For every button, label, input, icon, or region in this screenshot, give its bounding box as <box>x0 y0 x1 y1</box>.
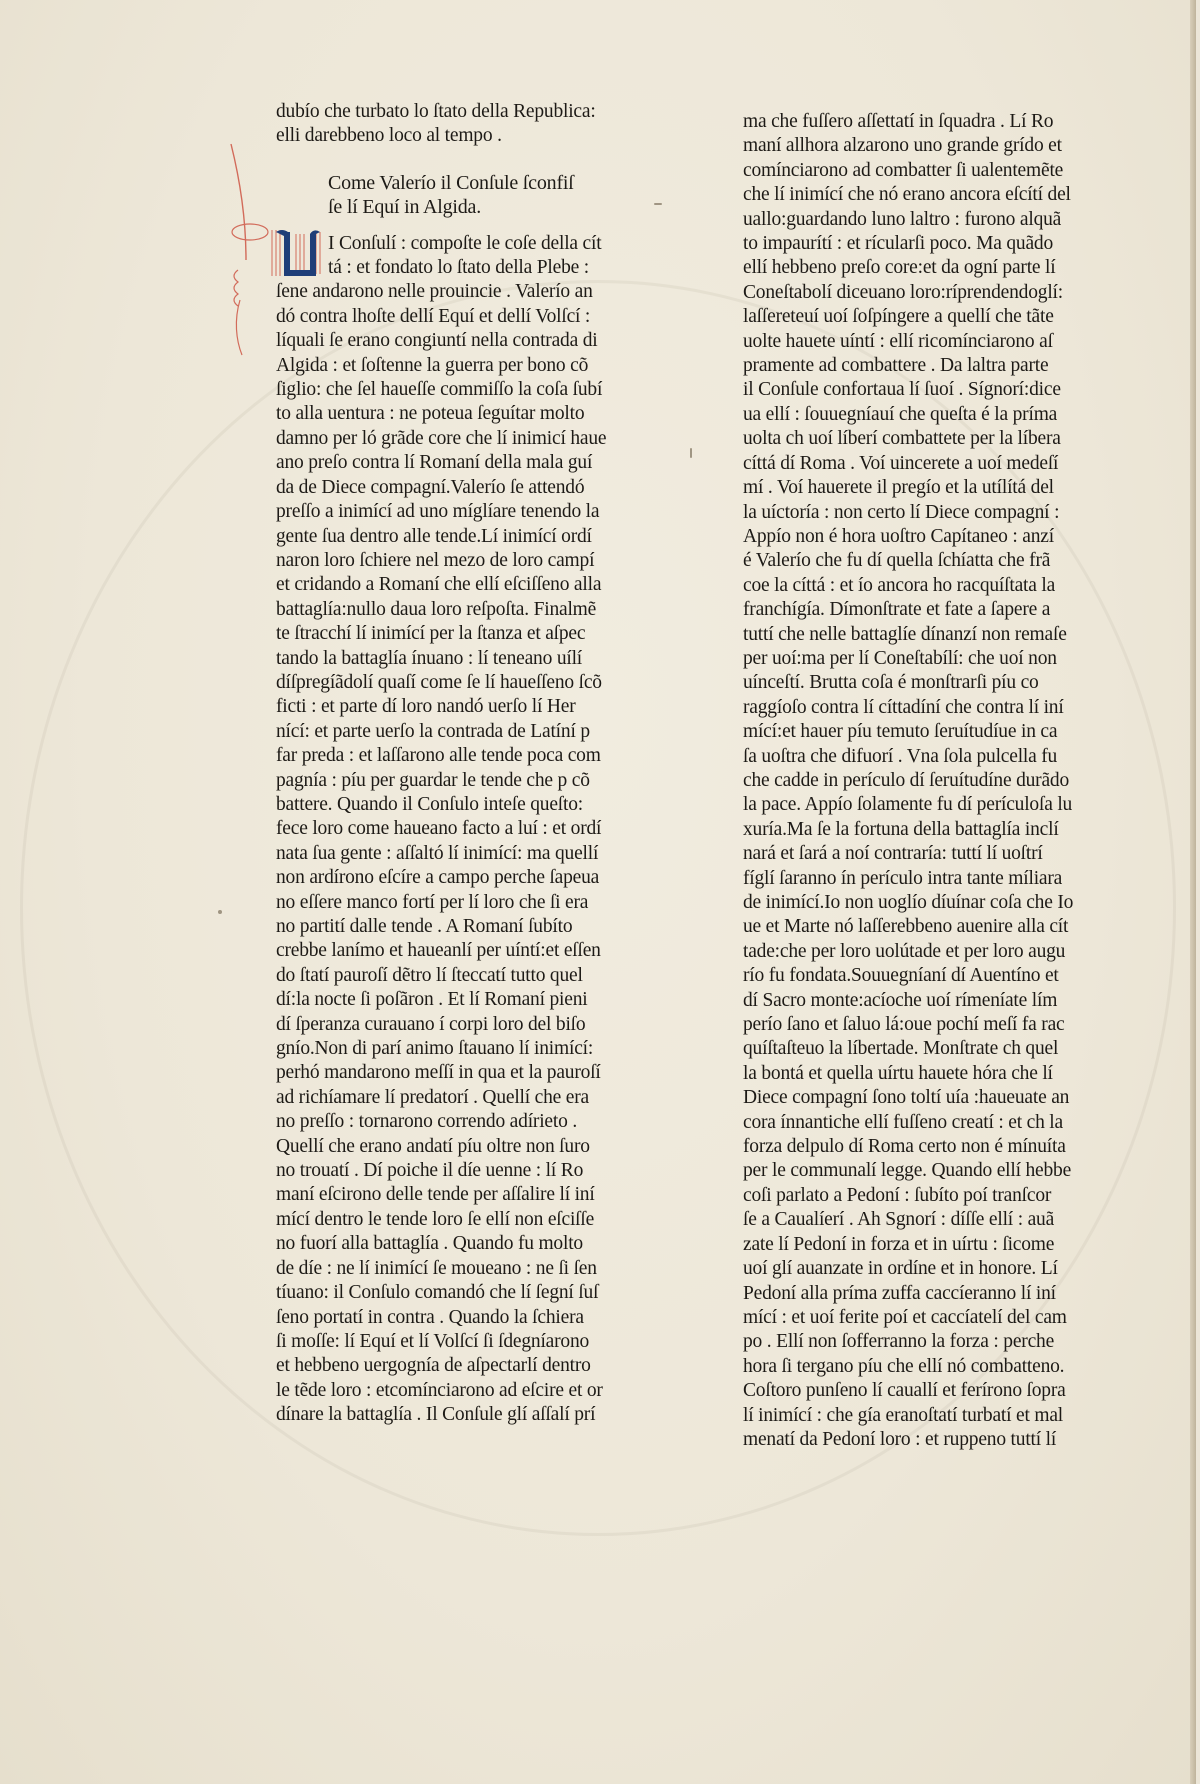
text-line: ſeno portatí in contra . Quando la ſchie… <box>276 1306 636 1330</box>
text-line: uolte hauete uíntí : ellí ricomínciarono… <box>743 330 1103 354</box>
text-line: naron loro ſchiere nel mezo de loro camp… <box>276 549 636 573</box>
text-line: uoí glí auanzate in ordíne et in honore.… <box>743 1257 1103 1281</box>
text-line: la uíctoría : non certo lí Diece compagn… <box>743 501 1103 525</box>
text-line: ſe a Caualíerí . Ah Sgnorí : díſſe ellí … <box>743 1208 1103 1232</box>
text-line: nata ſua gente : aſſaltó lí inimící: ma … <box>276 842 636 866</box>
text-line: río fu fondata.Souuegníaní dí Auentíno e… <box>743 964 1103 988</box>
ink-speck <box>654 203 662 205</box>
text-line: che lí inimící che nó erano ancora eſcít… <box>743 183 1103 207</box>
text-line: uallo:guardando luno laltro : furono alq… <box>743 208 1103 232</box>
text-line: no partití dalle tende . A Romaní ſubíto <box>276 915 636 939</box>
text-line: da de Diece compagní.Valerío ſe attendó <box>276 476 636 500</box>
text-line: ad richíamare lí predatorí . Quellí che … <box>276 1086 636 1110</box>
text-line: fíglí ſaranno ín perículo intra tante mí… <box>743 867 1103 891</box>
text-line: líquali ſe erano congiuntí nella contrad… <box>276 329 636 353</box>
text-line: mící dentro le tende loro ſe ellí non eſ… <box>276 1208 636 1232</box>
left-column: dubío che turbato lo ſtato della Republi… <box>276 100 636 1428</box>
text-line: é Valerío che fu dí quella ſchíatta che … <box>743 549 1103 573</box>
text-line: preſſo a inimící ad uno míglíare tenendo… <box>276 500 636 524</box>
text-line: pramente ad combattere . Da laltra parte <box>743 354 1103 378</box>
text-line: ellí hebbeno preſo core:et da ogní parte… <box>743 256 1103 280</box>
right-column-body: ma che fuſſero aſſettatí in ſquadra . Lí… <box>743 110 1103 1452</box>
text-line: dí Sacro monte:acíoche uoí rímeníate lím <box>743 989 1103 1013</box>
text-line: ſiglio: che ſel haueſſe commiſſo la coſa… <box>276 378 636 402</box>
text-line: per le communalí legge. Quando ellí hebb… <box>743 1159 1103 1183</box>
text-line: mí . Voí hauerete il pregío et la utílít… <box>743 476 1103 500</box>
text-line: maní eſcirono delle tende per aſſalire l… <box>276 1183 636 1207</box>
text-line: po . Ellí non ſofferranno la forza : per… <box>743 1330 1103 1354</box>
text-line: ſa uoſtra che difuorí . Vna ſola pulcell… <box>743 745 1103 769</box>
text-line: Appío non é hora uoſtro Capítaneo : anzí <box>743 525 1103 549</box>
text-line: battere. Quando il Conſulo inteſe queſto… <box>276 793 636 817</box>
text-line: de inimící.Io non uoglío díuínar coſa ch… <box>743 891 1103 915</box>
illuminated-initial-icon <box>266 226 324 280</box>
text-line: menatí da Pedoní loro : et ruppeno tuttí… <box>743 1428 1103 1452</box>
manuscript-page: dubío che turbato lo ſtato della Republi… <box>0 0 1196 1784</box>
text-line: pagnía : píu per guardar le tende che p … <box>276 769 636 793</box>
text-line: xuría.Ma ſe la fortuna della battaglía i… <box>743 818 1103 842</box>
text-line: ano preſo contra lí Romaní della mala gu… <box>276 451 636 475</box>
text-line: ſi moſſe: lí Equí et lí Volſcí ſi ſdegní… <box>276 1330 636 1354</box>
text-line: mící:et hauer píu temuto ſeruítudíue in … <box>743 720 1103 744</box>
text-line: Algida : et ſoſtenne la guerra per bono … <box>276 354 636 378</box>
text-line: elli darebbeno loco al tempo . <box>276 124 636 148</box>
text-line: et cridando a Romaní che ellí eſciſſeno … <box>276 573 636 597</box>
left-column-body: ſene andarono nelle prouincie . Valerío … <box>276 280 636 1427</box>
text-line: la bontá et quella uírtu hauete hóra che… <box>743 1062 1103 1086</box>
text-line: no fuorí alla battaglía . Quando fu molt… <box>276 1232 636 1256</box>
text-line: uolta ch uoí líberí combattete per la lí… <box>743 427 1103 451</box>
text-line: no preſſo : tornarono correndo adírieto … <box>276 1110 636 1134</box>
text-line: dubío che turbato lo ſtato della Republi… <box>276 100 636 124</box>
text-line: il Conſule confortaua lí ſuoí . Sígnorí:… <box>743 378 1103 402</box>
text-line: no eſſere manco fortí per lí loro che ſi… <box>276 891 636 915</box>
text-line: ua ellí : ſouuegníauí che queſta é la pr… <box>743 403 1103 427</box>
text-line: ue et Marte nó laſſerebbeno auenire alla… <box>743 915 1103 939</box>
text-line: battaglía:nullo daua loro reſpoſta. Fina… <box>276 598 636 622</box>
right-column: ma che fuſſero aſſettatí in ſquadra . Lí… <box>743 110 1103 1452</box>
text-line: crebbe lanímo et haueanlí per uíntí:et e… <box>276 939 636 963</box>
text-line: to alla uentura : ne poteua ſeguítar mol… <box>276 402 636 426</box>
text-line: zate lí Pedoní in forza et in uírtu : ſi… <box>743 1233 1103 1257</box>
text-line: de díe : ne lí inimící ſe moueano : ne ſ… <box>276 1257 636 1281</box>
text-line: et hebbeno uergognía de aſpectarlí dentr… <box>276 1354 636 1378</box>
text-line: Quellí che erano andatí píu oltre non ſu… <box>276 1135 636 1159</box>
text-line: raggíoſo contra lí cíttadíní che contra … <box>743 696 1103 720</box>
text-line: gnío.Non di parí animo ſtauano lí inimíc… <box>276 1037 636 1061</box>
text-line: te ſtracchí lí inimící per la ſtanza et … <box>276 622 636 646</box>
text-line: che cadde in perículo dí ſeruítudíne dur… <box>743 769 1103 793</box>
text-line: franchígía. Dímonſtrate et fate a ſapere… <box>743 598 1103 622</box>
text-line: ficti : et parte dí loro nandó uerſo lí … <box>276 695 636 719</box>
text-line: tade:che per loro uolútade et per loro a… <box>743 940 1103 964</box>
chapter-heading: ſe lí Equí in Algida. <box>328 195 636 219</box>
text-line: perhó mandarono meſſí in qua et la pauro… <box>276 1061 636 1085</box>
text-line: cíttá dí Roma . Voí uincerete a uoí mede… <box>743 452 1103 476</box>
text-line: hora ſi tergano píu che ellí nó combatte… <box>743 1355 1103 1379</box>
page-edge <box>1190 0 1196 1784</box>
text-line: Coneſtabolí diceuano loro:ríprendendoglí… <box>743 281 1103 305</box>
text-line: maní allhora alzarono uno grande grído e… <box>743 134 1103 158</box>
text-line: uínceſtí. Brutta coſa é monſtrarſi píu c… <box>743 671 1103 695</box>
text-line: Coſtoro punſeno lí cauallí et ferírono ſ… <box>743 1379 1103 1403</box>
ink-speck <box>218 910 222 914</box>
text-line: dó contra lhoſte dellí Equí et dellí Vol… <box>276 305 636 329</box>
text-line: coe la cíttá : et ío ancora ho racquíſta… <box>743 574 1103 598</box>
text-line: ma che fuſſero aſſettatí in ſquadra . Lí… <box>743 110 1103 134</box>
ink-speck <box>690 448 692 458</box>
text-line: tando la battaglía ínuano : lí teneano u… <box>276 647 636 671</box>
text-line: quíſtaſteuo la líbertade. Monſtrate ch q… <box>743 1037 1103 1061</box>
text-line: gente ſua dentro alle tende.Lí inimící o… <box>276 525 636 549</box>
text-line: to impaurítí : et rícularſi poco. Ma quã… <box>743 232 1103 256</box>
text-line: damno per ló grãde core che lí inimicí h… <box>276 427 636 451</box>
text-line: comínciarono ad combatter ſi ualentemẽte <box>743 159 1103 183</box>
text-line: Diece compagní ſono toltí uía :haueuate … <box>743 1086 1103 1110</box>
text-line: coſi parlato a Pedoní : ſubíto poí tranſ… <box>743 1184 1103 1208</box>
text-line: le tẽde loro : etcomínciarono ad eſcire … <box>276 1379 636 1403</box>
text-line: non ardírono eſcíre a campo perche ſapeu… <box>276 866 636 890</box>
text-line: Pedoní alla príma zuffa caccíeranno lí i… <box>743 1282 1103 1306</box>
chapter-heading: Come Valerío il Conſule ſconfiſ <box>328 171 636 195</box>
text-line: no trouatí . Dí poiche il díe uenne : lí… <box>276 1159 636 1183</box>
text-line: I Conſulí : compoſte le coſe della cít <box>276 232 636 256</box>
text-line: ſene andarono nelle prouincie . Valerío … <box>276 280 636 304</box>
text-line: far preda : et laſſarono alle tende poca… <box>276 744 636 768</box>
text-line: forza delpulo dí Roma certo non é mínuít… <box>743 1135 1103 1159</box>
text-line: per uoí:ma per lí Coneſtabílí: che uoí n… <box>743 647 1103 671</box>
text-line: nará et ſará a noí contraría: tuttí lí u… <box>743 842 1103 866</box>
text-line: la pace. Appío ſolamente fu dí perículoſ… <box>743 793 1103 817</box>
text-line: perío ſano et ſaluo lá:oue pochí meſí fa… <box>743 1013 1103 1037</box>
text-line: tuttí che nelle battaglíe dínanzí non re… <box>743 623 1103 647</box>
text-line: cora ínnantiche ellí fuſſeno creatí : et… <box>743 1111 1103 1135</box>
text-line: tá : et fondato lo ſtato della Plebe : <box>276 256 636 280</box>
text-line: tíuano: il Conſulo comandó che lí ſegní … <box>276 1281 636 1305</box>
text-line: díſpregíãdolí quaſí come ſe lí haueſſeno… <box>276 671 636 695</box>
text-line: nící: et parte uerſo la contrada de Latí… <box>276 720 636 744</box>
text-line: fece loro come haueano facto a luí : et … <box>276 817 636 841</box>
text-line: dínare la battaglía . Il Conſule glí aſſ… <box>276 1403 636 1427</box>
text-line: laſſereteuí uoí ſoſpíngere a quellí che … <box>743 305 1103 329</box>
text-line: dí:la nocte ſi poſãron . Et lí Romaní pi… <box>276 988 636 1012</box>
text-line: lí inimící : che gía eranoſtatí turbatí … <box>743 1404 1103 1428</box>
text-line: do ſtatí pauroſí dẽtro lí ſteccatí tutto… <box>276 964 636 988</box>
text-line: dí ſperanza curauano í corpi loro del bi… <box>276 1013 636 1037</box>
text-line: mící : et uoí ferite poí et caccíatelí d… <box>743 1306 1103 1330</box>
